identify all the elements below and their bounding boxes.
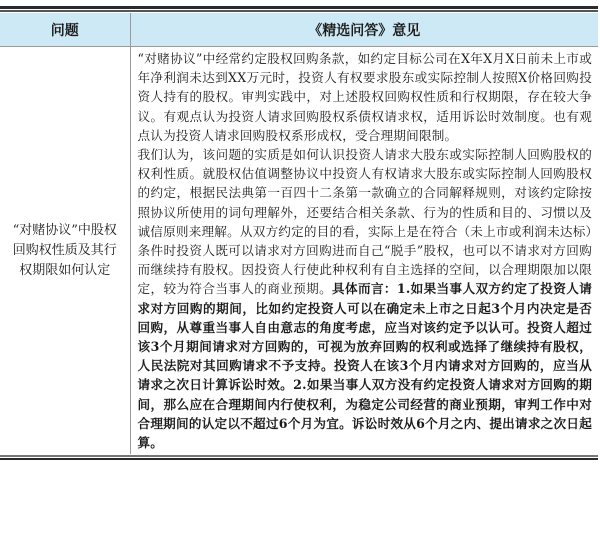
table-top-rule: [0, 6, 598, 10]
answer-text: “对赌协议”中经常约定股权回购条款，如约定目标公司在X年X月X日前未上市或年净利…: [138, 51, 593, 143]
header-question: 问题: [0, 13, 130, 47]
answer-paragraph-2: 我们认为，该问题的实质是如何认识投资人请求大股东或实际控制人回购股权的权利性质。…: [138, 145, 593, 452]
table-header-row: 问题 《精选问答》意见: [0, 13, 598, 47]
answer-paragraph-1: “对赌协议”中经常约定股权回购条款，如约定目标公司在X年X月X日前未上市或年净利…: [138, 49, 593, 145]
answer-text: 我们认为，该问题的实质是如何认识投资人请求大股东或实际控制人回购股权的权利性质。…: [138, 147, 593, 296]
header-opinion: 《精选问答》意见: [130, 13, 598, 47]
table-bottom-rule: [0, 457, 598, 460]
answer-cell: “对赌协议”中经常约定股权回购条款，如约定目标公司在X年X月X日前未上市或年净利…: [130, 47, 598, 455]
question-cell: “对赌协议”中股权回购权性质及其行权期限如何认定: [0, 47, 130, 455]
answer-bold-text: 具体而言：1.如果当事人双方约定了投资人请求对方回购的期间，比如约定投资人可以在…: [138, 281, 593, 450]
qa-table-container: 问题 《精选问答》意见 “对赌协议”中股权回购权性质及其行权期限如何认定 “对赌…: [0, 6, 598, 460]
qa-table: 问题 《精选问答》意见 “对赌协议”中股权回购权性质及其行权期限如何认定 “对赌…: [0, 13, 598, 454]
table-row: “对赌协议”中股权回购权性质及其行权期限如何认定 “对赌协议”中经常约定股权回购…: [0, 47, 598, 455]
